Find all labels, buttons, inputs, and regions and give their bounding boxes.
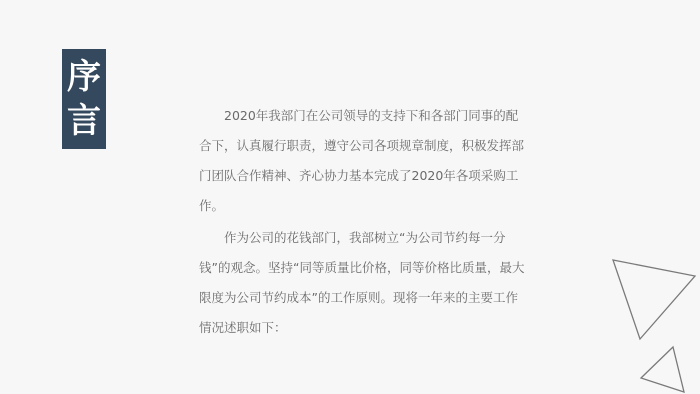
small-triangle-icon xyxy=(641,347,684,392)
decorative-triangles xyxy=(0,0,700,394)
large-triangle-icon xyxy=(613,260,695,339)
